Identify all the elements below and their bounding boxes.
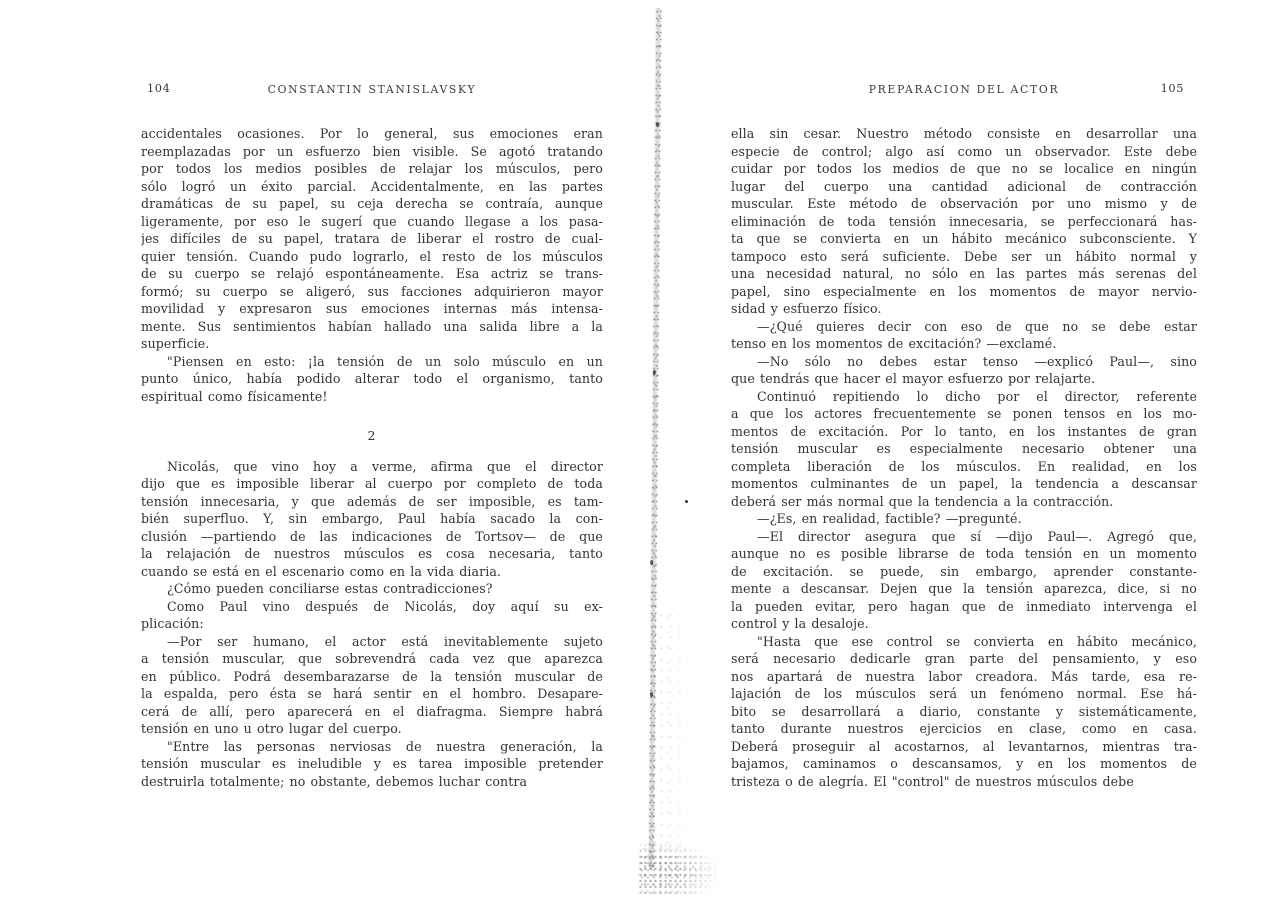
text-line: tanto durante nuestros ejercicios en cla… bbox=[731, 720, 1197, 738]
text-line: "Piensen en esto: ¡la tensión de un solo… bbox=[141, 353, 603, 371]
scan-fleck-artifact bbox=[650, 560, 653, 565]
paragraph: —No sólo no debes estar tenso —explicó P… bbox=[731, 353, 1197, 388]
paragraph: "Piensen en esto: ¡la tensión de un solo… bbox=[141, 353, 603, 406]
running-title-left: CONSTANTIN STANISLAVSKY bbox=[141, 83, 603, 96]
text-line: muscular. Este método de observación por… bbox=[731, 195, 1197, 213]
text-line: eliminación de toda tensión innecesaria,… bbox=[731, 213, 1197, 231]
text-line: aunque no es posible librarse de toda te… bbox=[731, 545, 1197, 563]
text-line: "Entre las personas nerviosas de nuestra… bbox=[141, 738, 603, 756]
text-line: destruirla totalmente; no obstante, debe… bbox=[141, 773, 603, 791]
text-line: tensión muscular es especialmente necesa… bbox=[731, 440, 1197, 458]
binding-gutter-haze bbox=[648, 610, 706, 850]
text-line: tensión innecesaria, y que además de ser… bbox=[141, 493, 603, 511]
running-header-left: 104 CONSTANTIN STANISLAVSKY bbox=[141, 83, 603, 98]
section-number: 2 bbox=[141, 427, 603, 445]
text-line: reemplazadas por un esfuerzo bien visibl… bbox=[141, 143, 603, 161]
text-line: plicación: bbox=[141, 615, 603, 633]
paragraph: "Hasta que ese control se convierta en h… bbox=[731, 633, 1197, 791]
page-right: PREPARACION DEL ACTOR 105 ella sin cesar… bbox=[731, 0, 1197, 906]
text-line: dijo que es imposible liberar al cuerpo … bbox=[141, 475, 603, 493]
running-header-right: PREPARACION DEL ACTOR 105 bbox=[731, 83, 1197, 98]
page-number-left: 104 bbox=[147, 82, 170, 95]
text-line: nos apartará de nuestra labor creadora. … bbox=[731, 668, 1197, 686]
text-line: completa liberación de los músculos. En … bbox=[731, 458, 1197, 476]
text-line: accidentales ocasiones. Por lo general, … bbox=[141, 125, 603, 143]
text-line: ta que se convierta en un hábito mecánic… bbox=[731, 230, 1197, 248]
text-line: cerá de allí, pero aparecerá en el diafr… bbox=[141, 703, 603, 721]
text-line: ligeramente, por eso le sugerí que cuand… bbox=[141, 213, 603, 231]
text-line: tensión muscular es ineludible y es tare… bbox=[141, 755, 603, 773]
text-line: "Hasta que ese control se convierta en h… bbox=[731, 633, 1197, 651]
text-line: —El director asegura que sí —dijo Paul—.… bbox=[731, 528, 1197, 546]
text-line: Como Paul vino después de Nicolás, doy a… bbox=[141, 598, 603, 616]
text-line: espiritual como físicamente! bbox=[141, 388, 603, 406]
book-scan-spread: 104 CONSTANTIN STANISLAVSKY accidentales… bbox=[0, 0, 1280, 906]
page-left: 104 CONSTANTIN STANISLAVSKY accidentales… bbox=[141, 0, 603, 906]
text-line: —Por ser humano, el actor está inevitabl… bbox=[141, 633, 603, 651]
text-line: formó; su cuerpo se aligeró, sus faccion… bbox=[141, 283, 603, 301]
text-line: Nicolás, que vino hoy a verme, afirma qu… bbox=[141, 458, 603, 476]
paragraph: Continuó repitiendo lo dicho por el dire… bbox=[731, 388, 1197, 511]
paragraph: —Por ser humano, el actor está inevitabl… bbox=[141, 633, 603, 738]
text-line: a que los actores frecuentemente se pone… bbox=[731, 405, 1197, 423]
page-body-right: ella sin cesar. Nuestro método consiste … bbox=[731, 125, 1197, 790]
text-line: la relajación de nuestros músculos es co… bbox=[141, 545, 603, 563]
text-line: será necesario dedicarle gran parte del … bbox=[731, 650, 1197, 668]
text-line: control y la desaloje. bbox=[731, 615, 1197, 633]
paragraph: accidentales ocasiones. Por lo general, … bbox=[141, 125, 603, 353]
paragraph: ¿Cómo pueden conciliarse estas contradic… bbox=[141, 580, 603, 598]
text-line: momentos culminantes de un papel, la ten… bbox=[731, 475, 1197, 493]
text-line: tristeza o de alegría. El "control" de n… bbox=[731, 773, 1197, 791]
scan-fleck-artifact bbox=[656, 122, 659, 127]
text-line: la pueden evitar, pero hagan que de inme… bbox=[731, 598, 1197, 616]
paragraph: —¿Qué quieres decir con eso de que no se… bbox=[731, 318, 1197, 353]
text-line: lugar del cuerpo una cantidad adicional … bbox=[731, 178, 1197, 196]
text-line: dramáticas de su papel, su ceja derecha … bbox=[141, 195, 603, 213]
text-line: jes difíciles de su papel, tratara de li… bbox=[141, 230, 603, 248]
paragraph: Nicolás, que vino hoy a verme, afirma qu… bbox=[141, 458, 603, 581]
text-line: clusión —partiendo de las indicaciones d… bbox=[141, 528, 603, 546]
paragraph: Como Paul vino después de Nicolás, doy a… bbox=[141, 598, 603, 633]
text-line: ella sin cesar. Nuestro método consiste … bbox=[731, 125, 1197, 143]
text-line: movilidad y expresaron sus emociones int… bbox=[141, 300, 603, 318]
text-line: —¿Qué quieres decir con eso de que no se… bbox=[731, 318, 1197, 336]
text-line: mentos de excitación. Por lo tanto, en l… bbox=[731, 423, 1197, 441]
text-line: por todos los medios posibles de relajar… bbox=[141, 160, 603, 178]
text-line: ¿Cómo pueden conciliarse estas contradic… bbox=[141, 580, 603, 598]
text-line: la espalda, pero ésta se hará sentir en … bbox=[141, 685, 603, 703]
text-line: mente a descansar. Dejen que la tensión … bbox=[731, 580, 1197, 598]
text-line: Continuó repitiendo lo dicho por el dire… bbox=[731, 388, 1197, 406]
text-line: papel, sino especialmente en los momento… bbox=[731, 283, 1197, 301]
text-line: especie de control; algo así como un obs… bbox=[731, 143, 1197, 161]
paragraph: "Entre las personas nerviosas de nuestra… bbox=[141, 738, 603, 791]
text-line: bajamos, caminamos o descansamos, y en l… bbox=[731, 755, 1197, 773]
text-line: sidad y esfuerzo físico. bbox=[731, 300, 1197, 318]
text-line: tenso en los momentos de excitación? —ex… bbox=[731, 335, 1197, 353]
text-line: quier tensión. Cuando pudo lograrlo, el … bbox=[141, 248, 603, 266]
text-line: de excitación. se puede, sin embargo, ap… bbox=[731, 563, 1197, 581]
scan-speck-artifact bbox=[685, 500, 688, 503]
text-line: tampoco esto será suficiente. Debe ser u… bbox=[731, 248, 1197, 266]
paragraph: —¿Es, en realidad, factible? —pregunté. bbox=[731, 510, 1197, 528]
text-line: cuidar por todos los medios de que no se… bbox=[731, 160, 1197, 178]
text-line: Deberá proseguir al acostarnos, al levan… bbox=[731, 738, 1197, 756]
page-body-left: accidentales ocasiones. Por lo general, … bbox=[141, 125, 603, 790]
paragraph: ella sin cesar. Nuestro método consiste … bbox=[731, 125, 1197, 318]
text-line: en público. Podrá desembarazarse de la t… bbox=[141, 668, 603, 686]
text-line: superficie. bbox=[141, 335, 603, 353]
text-line: tensión en uno u otro lugar del cuerpo. bbox=[141, 720, 603, 738]
text-line: que tendrás que hacer el mayor esfuerzo … bbox=[731, 370, 1197, 388]
text-line: bito se desarrollará a diario, constante… bbox=[731, 703, 1197, 721]
text-line: de su cuerpo se relajó espontáneamente. … bbox=[141, 265, 603, 283]
binding-gutter-smudge bbox=[638, 842, 716, 894]
scan-fleck-artifact bbox=[653, 370, 656, 375]
text-line: —¿Es, en realidad, factible? —pregunté. bbox=[731, 510, 1197, 528]
text-line: —No sólo no debes estar tenso —explicó P… bbox=[731, 353, 1197, 371]
paragraph: —El director asegura que sí —dijo Paul—.… bbox=[731, 528, 1197, 633]
page-number-right: 105 bbox=[1161, 82, 1184, 95]
running-title-right: PREPARACION DEL ACTOR bbox=[731, 83, 1197, 96]
text-line: punto único, había podido alterar todo e… bbox=[141, 370, 603, 388]
text-line: sólo logró un éxito parcial. Accidentalm… bbox=[141, 178, 603, 196]
text-line: a tensión muscular, que sobrevendrá cada… bbox=[141, 650, 603, 668]
text-line: lajación de los músculos será un fenómen… bbox=[731, 685, 1197, 703]
text-line: una necesidad natural, no sólo en las pa… bbox=[731, 265, 1197, 283]
text-line: deberá ser más normal que la tendencia a… bbox=[731, 493, 1197, 511]
text-line: mente. Sus sentimientos habían hallado u… bbox=[141, 318, 603, 336]
text-line: cuando se está en el escenario como en l… bbox=[141, 563, 603, 581]
text-line: bién superfluo. Y, sin embargo, Paul hab… bbox=[141, 510, 603, 528]
